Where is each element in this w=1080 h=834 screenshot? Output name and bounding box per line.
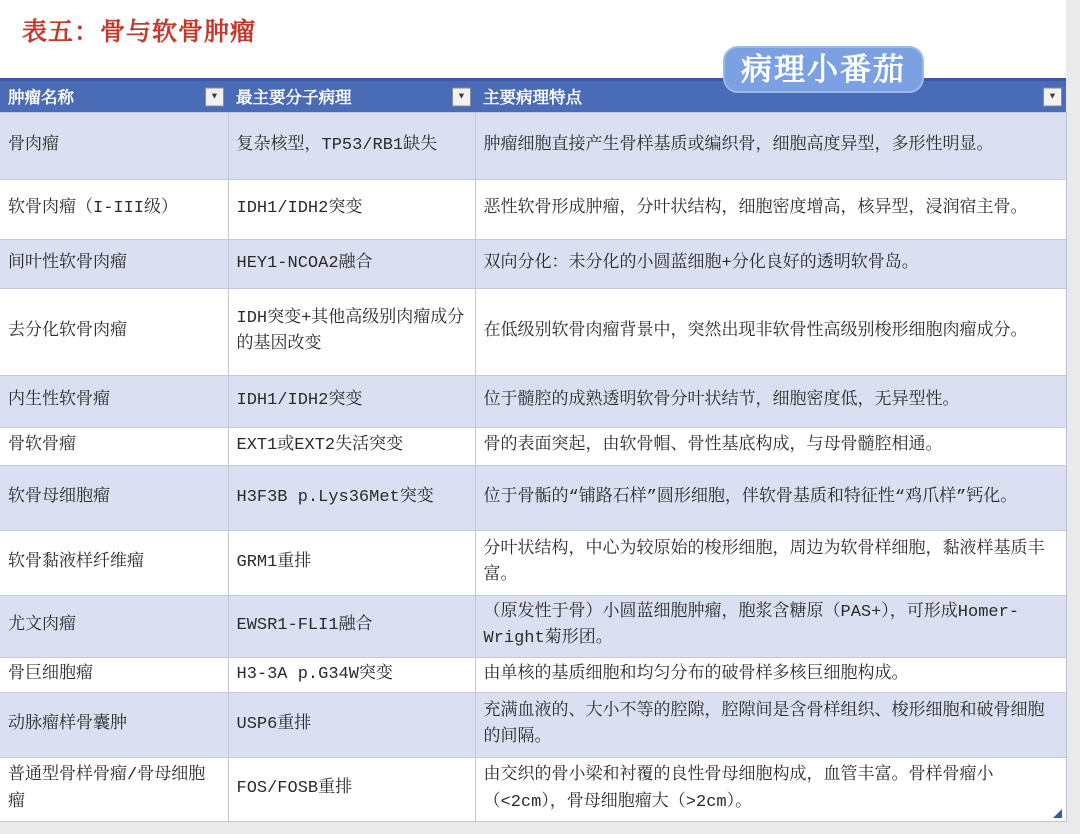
cell-tumor-name[interactable]: 动脉瘤样骨囊肿	[0, 693, 228, 758]
cell-molecular-pathology[interactable]: USP6重排	[228, 693, 475, 758]
table-row: 尤文肉瘤 EWSR1-FLI1融合 （原发性于骨）小圆蓝细胞肿瘤，胞浆含糖原（P…	[0, 596, 1066, 658]
cell-pathology-features[interactable]: 位于髓腔的成熟透明软骨分叶状结节，细胞密度低，无异型性。	[475, 376, 1066, 428]
cell-pathology-features[interactable]: 肿瘤细胞直接产生骨样基质或编织骨，细胞高度异型，多形性明显。	[475, 113, 1066, 180]
cell-tumor-name[interactable]: 软骨母细胞瘤	[0, 466, 228, 531]
cell-tumor-name[interactable]: 普通型骨样骨瘤/骨母细胞瘤	[0, 758, 228, 822]
cell-molecular-pathology[interactable]: 复杂核型，TP53/RB1缺失	[228, 113, 475, 180]
column-header-label: 肿瘤名称	[8, 89, 74, 108]
cell-tumor-name[interactable]: 内生性软骨瘤	[0, 376, 228, 428]
table-row: 软骨肉瘤（I-III级） IDH1/IDH2突变 恶性软骨形成肿瘤，分叶状结构，…	[0, 180, 1066, 240]
cell-pathology-features[interactable]: 由交织的骨小梁和衬覆的良性骨母细胞构成，血管丰富。骨样骨瘤小（<2cm），骨母细…	[475, 758, 1066, 822]
page-title: 表五：骨与软骨肿瘤	[22, 12, 256, 48]
cell-molecular-pathology[interactable]: EWSR1-FLI1融合	[228, 596, 475, 658]
cell-pathology-features[interactable]: 恶性软骨形成肿瘤，分叶状结构，细胞密度增高，核异型，浸润宿主骨。	[475, 180, 1066, 240]
cell-molecular-pathology[interactable]: EXT1或EXT2失活突变	[228, 428, 475, 466]
table-row: 普通型骨样骨瘤/骨母细胞瘤 FOS/FOSB重排 由交织的骨小梁和衬覆的良性骨母…	[0, 758, 1066, 822]
cell-pathology-features[interactable]: 由单核的基质细胞和均匀分布的破骨样多核巨细胞构成。	[475, 657, 1066, 692]
table-row: 去分化软骨肉瘤 IDH突变+其他高级别肉瘤成分的基因改变 在低级别软骨肉瘤背景中…	[0, 289, 1066, 376]
watermark-badge: 病理小番茄	[723, 46, 924, 93]
column-header-molecular-pathology: 最主要分子病理 ▼	[228, 80, 475, 113]
cell-molecular-pathology[interactable]: IDH1/IDH2突变	[228, 376, 475, 428]
cell-molecular-pathology[interactable]: GRM1重排	[228, 531, 475, 596]
cell-pathology-features[interactable]: 位于骨骺的“铺路石样”圆形细胞，伴软骨基质和特征性“鸡爪样”钙化。	[475, 466, 1066, 531]
filter-dropdown-icon[interactable]: ▼	[205, 87, 224, 106]
cell-molecular-pathology[interactable]: IDH1/IDH2突变	[228, 180, 475, 240]
cell-pathology-features[interactable]: 充满血液的、大小不等的腔隙，腔隙间是含骨样组织、梭形细胞和破骨细胞的间隔。	[475, 693, 1066, 758]
cell-pathology-features[interactable]: （原发性于骨）小圆蓝细胞肿瘤，胞浆含糖原（PAS+），可形成Homer-Wrig…	[475, 596, 1066, 658]
cell-tumor-name[interactable]: 软骨黏液样纤维瘤	[0, 531, 228, 596]
filter-dropdown-icon[interactable]: ▼	[1043, 87, 1062, 106]
table-row: 软骨黏液样纤维瘤 GRM1重排 分叶状结构，中心为较原始的梭形细胞，周边为软骨样…	[0, 531, 1066, 596]
table-row: 软骨母细胞瘤 H3F3B p.Lys36Met突变 位于骨骺的“铺路石样”圆形细…	[0, 466, 1066, 531]
cell-tumor-name[interactable]: 去分化软骨肉瘤	[0, 289, 228, 376]
cell-tumor-name[interactable]: 骨巨细胞瘤	[0, 657, 228, 692]
table-row: 骨巨细胞瘤 H3-3A p.G34W突变 由单核的基质细胞和均匀分布的破骨样多核…	[0, 657, 1066, 692]
table-row: 内生性软骨瘤 IDH1/IDH2突变 位于髓腔的成熟透明软骨分叶状结节，细胞密度…	[0, 376, 1066, 428]
cell-tumor-name[interactable]: 骨肉瘤	[0, 113, 228, 180]
tumor-table-wrap: 肿瘤名称 ▼ 最主要分子病理 ▼ 主要病理特点 ▼ 骨肉瘤 复杂核型，TP53/…	[0, 78, 1066, 822]
cell-tumor-name[interactable]: 间叶性软骨肉瘤	[0, 240, 228, 289]
table-row: 间叶性软骨肉瘤 HEY1-NCOA2融合 双向分化：未分化的小圆蓝细胞+分化良好…	[0, 240, 1066, 289]
cell-pathology-features[interactable]: 在低级别软骨肉瘤背景中，突然出现非软骨性高级别梭形细胞肉瘤成分。	[475, 289, 1066, 376]
table-row: 骨软骨瘤 EXT1或EXT2失活突变 骨的表面突起，由软骨帽、骨性基底构成，与母…	[0, 428, 1066, 466]
cell-tumor-name[interactable]: 尤文肉瘤	[0, 596, 228, 658]
cell-tumor-name[interactable]: 软骨肉瘤（I-III级）	[0, 180, 228, 240]
column-header-label: 主要病理特点	[483, 89, 582, 108]
cell-molecular-pathology[interactable]: FOS/FOSB重排	[228, 758, 475, 822]
document-page: 表五：骨与软骨肿瘤 肿瘤名称 ▼ 最主要分子病理 ▼ 主要病理特点	[0, 0, 1066, 820]
cell-molecular-pathology[interactable]: H3F3B p.Lys36Met突变	[228, 466, 475, 531]
cell-pathology-features[interactable]: 骨的表面突起，由软骨帽、骨性基底构成，与母骨髓腔相通。	[475, 428, 1066, 466]
column-header-tumor-name: 肿瘤名称 ▼	[0, 80, 228, 113]
tumor-table: 肿瘤名称 ▼ 最主要分子病理 ▼ 主要病理特点 ▼ 骨肉瘤 复杂核型，TP53/…	[0, 78, 1067, 822]
table-row: 骨肉瘤 复杂核型，TP53/RB1缺失 肿瘤细胞直接产生骨样基质或编织骨，细胞高…	[0, 113, 1066, 180]
cell-molecular-pathology[interactable]: HEY1-NCOA2融合	[228, 240, 475, 289]
cell-corner-marker-icon	[1053, 809, 1062, 818]
cell-molecular-pathology[interactable]: H3-3A p.G34W突变	[228, 657, 475, 692]
cell-pathology-features[interactable]: 双向分化：未分化的小圆蓝细胞+分化良好的透明软骨岛。	[475, 240, 1066, 289]
cell-molecular-pathology[interactable]: IDH突变+其他高级别肉瘤成分的基因改变	[228, 289, 475, 376]
filter-dropdown-icon[interactable]: ▼	[452, 87, 471, 106]
table-row: 动脉瘤样骨囊肿 USP6重排 充满血液的、大小不等的腔隙，腔隙间是含骨样组织、梭…	[0, 693, 1066, 758]
cell-pathology-features[interactable]: 分叶状结构，中心为较原始的梭形细胞，周边为软骨样细胞，黏液样基质丰富。	[475, 531, 1066, 596]
column-header-label: 最主要分子病理	[236, 89, 352, 108]
cell-tumor-name[interactable]: 骨软骨瘤	[0, 428, 228, 466]
